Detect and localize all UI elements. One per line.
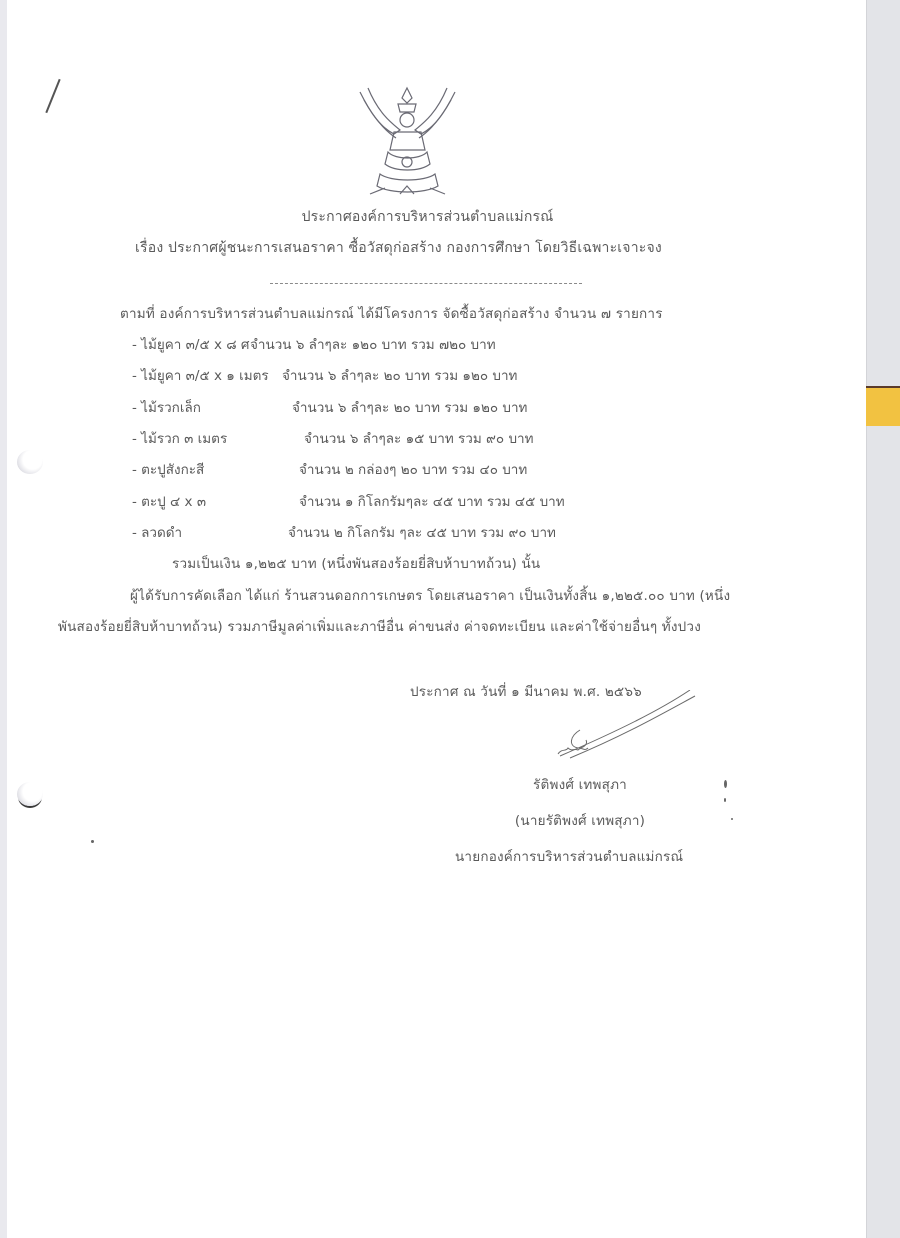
- total-amount: รวมเป็นเงิน ๑,๒๒๕ บาท (หนึ่งพันสองร้อยยี…: [172, 552, 540, 574]
- list-item: - ลวดดำจำนวน ๒ กิโลกรัม ๆละ ๔๕ บาท รวม ๙…: [132, 521, 556, 543]
- item-detail: จำนวน ๖ ลำๆละ ๑๒๐ บาท รวม ๗๒๐ บาท: [250, 337, 496, 353]
- item-name: - ตะปูสังกะสี: [132, 458, 299, 480]
- signature-title: นายกองค์การบริหารส่วนตำบลแม่กรณ์: [455, 845, 683, 867]
- speck: [731, 818, 733, 820]
- list-item: - ตะปูสังกะสีจำนวน ๒ กล่องๆ ๒๐ บาท รวม ๔…: [132, 458, 527, 480]
- list-item: - ไม้รวก ๓ เมตรจำนวน ๖ ลำๆละ ๑๕ บาท รวม …: [132, 427, 534, 449]
- item-detail: จำนวน ๑ กิโลกรัมๆละ ๔๕ บาท รวม ๔๕ บาท: [299, 494, 565, 510]
- stray-pen-mark: [45, 79, 60, 113]
- item-detail: จำนวน ๖ ลำๆละ ๒๐ บาท รวม ๑๒๐ บาท: [292, 400, 527, 416]
- signature-fullname: (นายรัติพงศ์ เทพสุภา): [490, 809, 670, 831]
- binder-strip: [866, 0, 900, 1238]
- item-name: - ตะปู ๔ x ๓: [132, 490, 299, 512]
- list-item: - ไม้ยูคา ๓/๕ x ๘ ศจำนวน ๖ ลำๆละ ๑๒๐ บาท…: [132, 333, 496, 355]
- punch-hole-lower: [17, 782, 43, 806]
- list-item: - ไม้รวกเล็กจำนวน ๖ ลำๆละ ๒๐ บาท รวม ๑๒๐…: [132, 396, 527, 418]
- item-name: - ไม้รวกเล็ก: [132, 396, 292, 418]
- punch-hole-upper: [17, 450, 43, 474]
- announcement-subject: เรื่อง ประกาศผู้ชนะการเสนอราคา ซื้อวัสดุ…: [135, 237, 662, 259]
- item-detail: จำนวน ๖ ลำๆละ ๒๐ บาท รวม ๑๒๐ บาท: [282, 368, 517, 384]
- page-left-edge: [0, 0, 7, 1238]
- speck: [724, 798, 726, 802]
- item-name: - ไม้ยูคา ๓/๕ x ๘ ศ: [132, 333, 250, 355]
- divider-line: [270, 283, 582, 284]
- item-name: - ไม้ยูคา ๓/๕ x ๑ เมตร: [132, 364, 282, 386]
- winner-paragraph-line2: พันสองร้อยยี่สิบห้าบาทถ้วน) รวมภาษีมูลค่…: [58, 615, 701, 637]
- garuda-emblem-icon: [350, 82, 465, 202]
- item-detail: จำนวน ๒ กิโลกรัม ๆละ ๔๕ บาท รวม ๙๐ บาท: [288, 525, 556, 541]
- item-name: - ลวดดำ: [132, 521, 288, 543]
- item-detail: จำนวน ๒ กล่องๆ ๒๐ บาท รวม ๔๐ บาท: [299, 462, 527, 478]
- announcement-heading: ประกาศองค์การบริหารส่วนตำบลแม่กรณ์: [270, 206, 585, 228]
- list-item: - ไม้ยูคา ๓/๕ x ๑ เมตรจำนวน ๖ ลำๆละ ๒๐ บ…: [132, 364, 517, 386]
- speck: [724, 780, 727, 788]
- tab-marker: [866, 386, 900, 426]
- signature-name: รัติพงศ์ เทพสุภา: [500, 773, 660, 795]
- list-item: - ตะปู ๔ x ๓จำนวน ๑ กิโลกรัมๆละ ๔๕ บาท ร…: [132, 490, 565, 512]
- winner-paragraph-line1: ผู้ได้รับการคัดเลือก ได้แก่ ร้านสวนดอกกา…: [130, 584, 730, 606]
- signature-scribble-icon: [540, 690, 700, 760]
- intro-paragraph: ตามที่ องค์การบริหารส่วนตำบลแม่กรณ์ ได้ม…: [120, 302, 663, 324]
- item-name: - ไม้รวก ๓ เมตร: [132, 427, 304, 449]
- speck: [91, 840, 94, 843]
- item-detail: จำนวน ๖ ลำๆละ ๑๕ บาท รวม ๙๐ บาท: [304, 431, 534, 447]
